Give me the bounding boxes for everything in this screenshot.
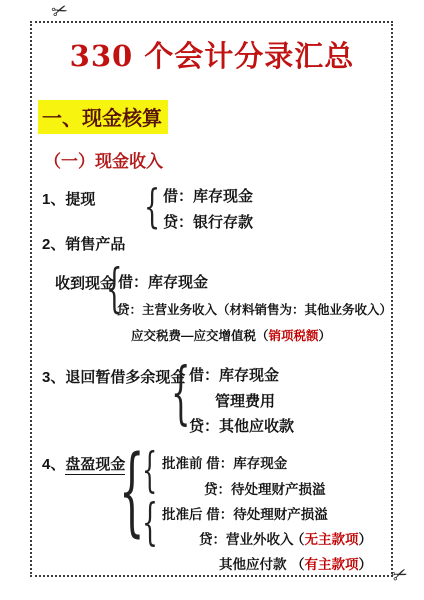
entry4-after-credit-line1: 贷：营业外收入	[199, 528, 294, 548]
brace: {	[144, 183, 160, 229]
brace: {	[142, 446, 157, 494]
section-heading-cash-accounting: 一、现金核算	[38, 100, 168, 134]
note2-red-text: 有主款项	[305, 557, 359, 572]
page-title: 330 个会计分录汇总	[0, 34, 424, 75]
entry4-label: 4、盘盈现金	[42, 453, 125, 474]
note2-paren-open: （	[291, 557, 305, 572]
note1-paren-close: ）	[359, 532, 373, 547]
entry1-credit-line: 贷：银行存款	[163, 211, 253, 232]
entry4-label-name: 盘盈现金	[65, 456, 125, 475]
subsection-heading-cash-income: （一）现金收入	[44, 147, 163, 172]
note2-paren-close: ）	[359, 557, 373, 572]
entry4-note1: （无主款项）	[291, 528, 372, 548]
note1-red-text: 无主款项	[305, 532, 359, 547]
brace: {	[171, 360, 190, 428]
cash-received-tax-line: 应交税费—应交增值税（销项税额）	[131, 326, 331, 344]
note1-paren-open: （	[291, 532, 305, 547]
tax-line-close: ）	[319, 329, 332, 343]
brace: {	[119, 443, 145, 539]
entry3-debit-line2: 管理费用	[215, 390, 275, 411]
cash-received-debit-line: 借：库存现金	[118, 271, 208, 292]
entry3-credit-line: 贷：其他应收款	[189, 415, 294, 436]
document-page: ✂ ✂ 330 个会计分录汇总 一、现金核算 （一）现金收入 1、提现 { 借：…	[0, 0, 424, 600]
entry4-note2: （有主款项）	[291, 553, 372, 573]
brace: {	[142, 497, 158, 547]
entry1-debit-line: 借：库存现金	[163, 185, 253, 206]
cash-received-credit-line: 贷：主营业务收入（材料销售为：其他业务收入）	[117, 300, 392, 318]
entry1-label: 1、提现	[42, 188, 95, 209]
tax-note-red: 销项税额	[269, 329, 319, 343]
entry4-before-debit-line: 批准前 借：库存现金	[162, 452, 287, 472]
tax-line-text: 应交税费—应交增值税（	[131, 329, 269, 343]
entry2-label: 2、销售产品	[42, 233, 125, 254]
entry3-debit-line1: 借：库存现金	[189, 364, 279, 385]
entry4-before-credit-line: 贷：待处理财产损溢	[204, 478, 326, 498]
entry4-label-number: 4、	[42, 456, 65, 473]
scissors-icon: ✂	[49, 0, 70, 23]
entry4-after-credit-line2: 其他应付款	[219, 553, 287, 573]
scissors-icon: ✂	[389, 564, 411, 588]
entry4-after-debit-line: 批准后 借：待处理财产损溢	[162, 503, 328, 523]
entry3-label: 3、退回暂借多余现金	[42, 366, 185, 387]
